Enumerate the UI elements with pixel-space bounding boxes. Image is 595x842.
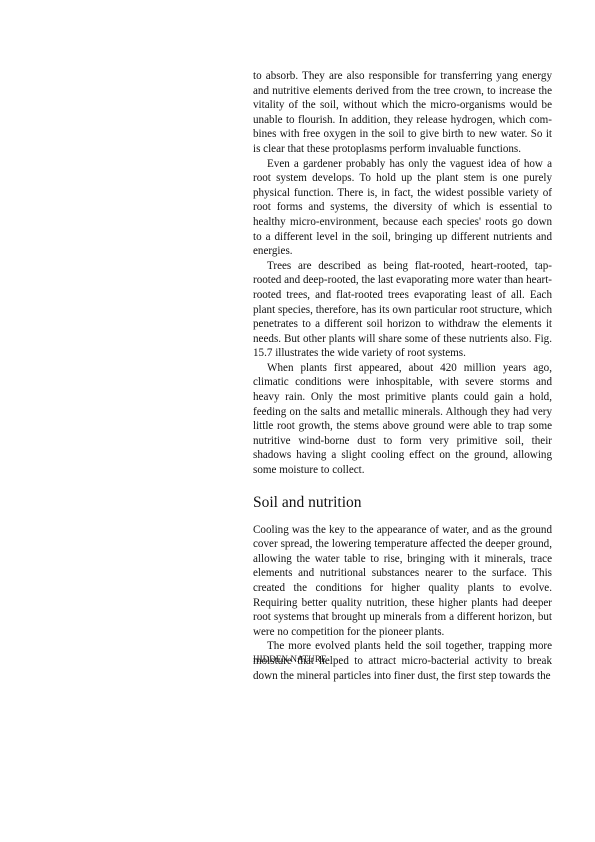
text-column: to absorb. They are also responsible for… [253,69,552,683]
paragraph: to absorb. They are also responsible for… [253,69,552,157]
paragraph: When plants first appeared, about 420 mi… [253,361,552,478]
paragraph: Cooling was the key to the appearance of… [253,523,552,640]
paragraph: Trees are described as being flat-rooted… [253,259,552,361]
section-heading: Soil and nutrition [253,494,552,512]
paragraph: Even a gardener probably has only the va… [253,157,552,259]
document-page: to absorb. They are also responsible for… [0,0,595,842]
running-footer: HIDDEN NATURE [253,654,327,664]
